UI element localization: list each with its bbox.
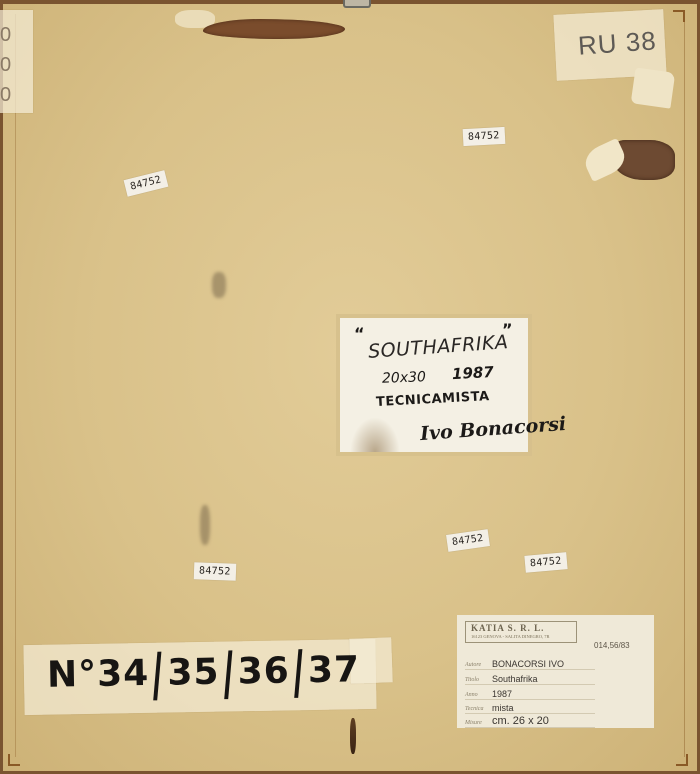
gallery-reference: 014,56/83 [594,641,630,650]
board-crack [350,718,356,754]
gallery-name: KATIA S. R. L. [471,623,544,633]
price-tag-text: 84752 [468,130,500,143]
field-value: cm. 26 x 20 [492,715,549,727]
artwork-technique: TECNICAMISTA [376,389,490,410]
inventory-prefix: N°34 [47,653,150,696]
torn-paper-flap [631,67,676,108]
artwork-title: SOUTHAFRIKA [367,331,509,363]
field-key: Misure [465,720,482,726]
torn-paper-top [203,19,345,39]
field-key: Anno [465,692,478,698]
field-author: Autore BONACORSI IVO [465,655,595,670]
field-year: Anno 1987 [465,685,595,700]
stain-mark [350,417,400,452]
price-tag: 84752 [524,552,567,573]
field-value: mista [492,703,514,713]
pencil-code-label: RU 38 [577,25,658,61]
price-tag-text: 84752 [451,533,484,548]
separator: | [219,644,238,700]
field-technique: Tecnica mista [465,699,595,714]
separator: | [149,645,168,701]
inventory-numbers: N°34|35|36|37 [47,649,361,695]
field-value: Southafrika [492,674,538,684]
separator: | [289,643,308,699]
field-dimensions: Misure cm. 26 x 20 [465,713,595,728]
field-value: BONACORSI IVO [492,659,564,669]
field-key: Tecnica [465,706,483,712]
inventory-number: 36 [237,650,290,692]
gallery-label-card: KATIA S. R. L. 16123 GENOVA - SALITA DIN… [457,615,654,728]
artist-handwritten-label: “ ” SOUTHAFRIKA 20x30 1987 TECNICAMISTA … [340,318,528,452]
field-key: Titolo [465,677,479,683]
gallery-stamp: KATIA S. R. L. 16123 GENOVA - SALITA DIN… [465,621,577,643]
inventory-number: 37 [308,649,361,691]
price-tag-text: 84752 [530,556,562,570]
quote-open: “ [354,324,365,343]
pencil-marks: 0 0 0 [0,20,12,110]
gallery-address: 16123 GENOVA - SALITA DINEGRO, 7R [471,634,550,639]
artwork-size: 20x30 [382,369,426,387]
smudge-mark [200,505,210,545]
tape-strip-left: 0 0 0 [0,10,33,113]
price-tag-text: 84752 [199,565,231,577]
hanger-ring-icon [343,0,371,8]
artwork-year: 1987 [452,363,495,383]
corner-mark-icon [673,10,685,22]
field-key: Autore [465,662,481,668]
field-value: 1987 [492,689,512,699]
smudge-mark [212,272,226,298]
inventory-number: 35 [167,652,220,694]
price-tag: 84752 [194,562,236,580]
price-tag: 84752 [463,127,505,146]
corner-mark-icon [8,754,20,766]
corner-mark-icon [676,754,688,766]
field-title: Titolo Southafrika [465,670,595,685]
